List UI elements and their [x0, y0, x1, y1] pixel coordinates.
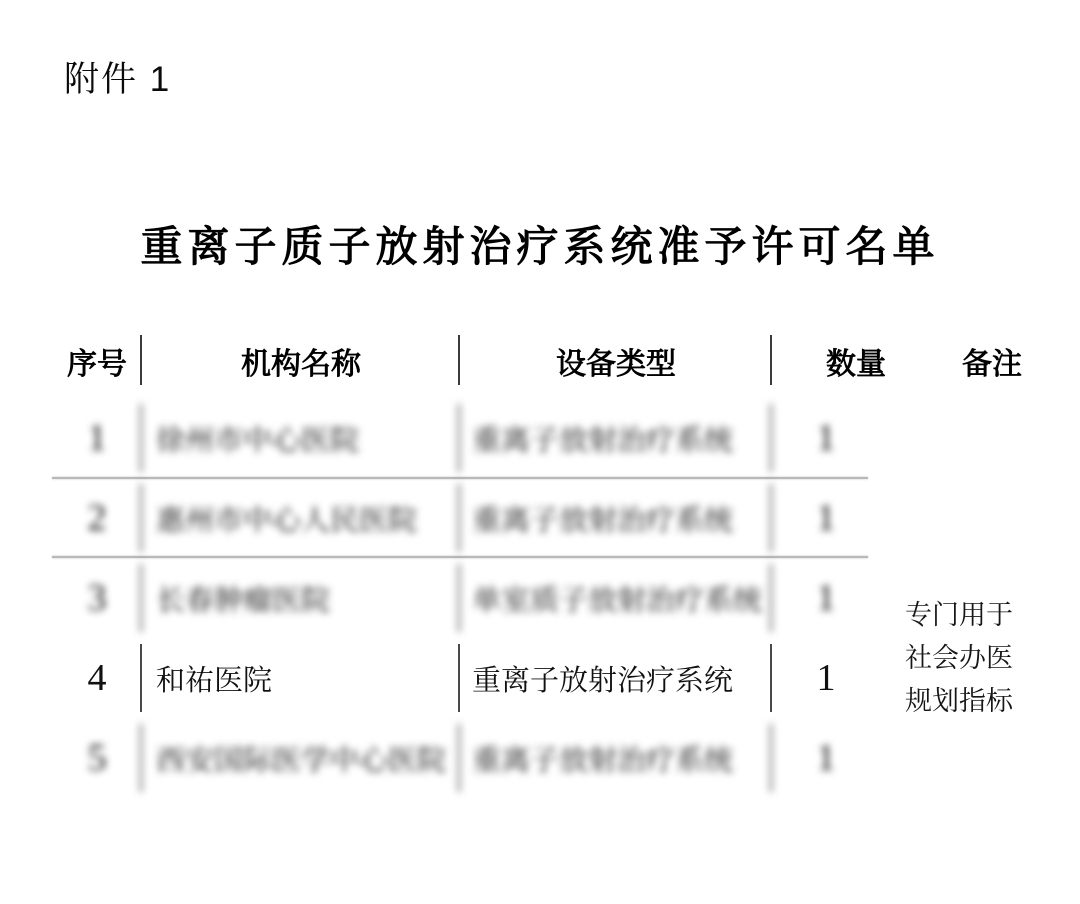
table-row: 1 徐州市中心医院 重离子放射治疗系统 1	[52, 398, 1038, 478]
row-remark-spacer	[880, 718, 1038, 798]
row-remark-spacer	[880, 478, 1038, 558]
row-quantity: 1	[772, 558, 880, 638]
col-header-serial-label: 序号	[67, 339, 127, 383]
row-device-type: 重离子放射治疗系统	[460, 718, 772, 798]
remark-line: 社会办医	[880, 637, 1038, 680]
row-device-type: 重离子放射治疗系统	[460, 638, 772, 718]
table-header-row: 序号 机构名称 设备类型 数量 备注	[52, 333, 1038, 389]
col-header-device-type-label: 设备类型	[556, 339, 676, 383]
col-header-remark: 备注	[880, 333, 1038, 389]
row-remark-spacer	[880, 558, 1038, 638]
attachment-label: 附件 1	[64, 52, 171, 102]
row-quantity: 1	[772, 398, 880, 478]
row-institution-name: 西安国际医学中心医院	[142, 718, 460, 798]
row-quantity: 1	[772, 478, 880, 558]
license-table: 序号 机构名称 设备类型 数量 备注 专门用于 社会办医 规划指标 1 徐州市中…	[52, 333, 1038, 798]
col-header-remark-label: 备注	[962, 339, 1022, 383]
row-device-type: 重离子放射治疗系统	[460, 398, 772, 478]
table-body: 专门用于 社会办医 规划指标 1 徐州市中心医院 重离子放射治疗系统 1 2 惠…	[52, 398, 1038, 798]
row-serial-number: 2	[52, 478, 142, 558]
row-quantity: 1	[772, 638, 880, 718]
row-device-type: 单室质子放射治疗系统	[460, 558, 772, 638]
col-header-device-type: 设备类型	[460, 333, 772, 389]
row-institution-name: 长春肿瘤医院	[142, 558, 460, 638]
row-serial-number: 5	[52, 718, 142, 798]
row-serial-number: 3	[52, 558, 142, 638]
col-header-institution: 机构名称	[142, 333, 460, 389]
row-remark-spacer	[880, 398, 1038, 478]
row-device-type: 重离子放射治疗系统	[460, 478, 772, 558]
row-institution-name: 徐州市中心医院	[142, 398, 460, 478]
table-row: 5 西安国际医学中心医院 重离子放射治疗系统 1	[52, 718, 1038, 798]
row-institution-name: 和祐医院	[142, 638, 460, 718]
table-row: 3 长春肿瘤医院 单室质子放射治疗系统 1	[52, 558, 1038, 638]
col-header-serial: 序号	[52, 333, 142, 389]
row-quantity: 1	[772, 718, 880, 798]
col-header-quantity-label: 数量	[826, 339, 886, 383]
row-serial-number: 4	[52, 638, 142, 718]
page-title: 重离子质子放射治疗系统准予许可名单	[0, 214, 1080, 274]
table-row: 2 惠州市中心人民医院 重离子放射治疗系统 1	[52, 478, 1038, 558]
row-serial-number: 1	[52, 398, 142, 478]
row-institution-name: 惠州市中心人民医院	[142, 478, 460, 558]
col-header-institution-label: 机构名称	[241, 339, 361, 383]
remark-line: 规划指标	[880, 680, 1038, 723]
col-header-quantity: 数量	[772, 333, 880, 389]
